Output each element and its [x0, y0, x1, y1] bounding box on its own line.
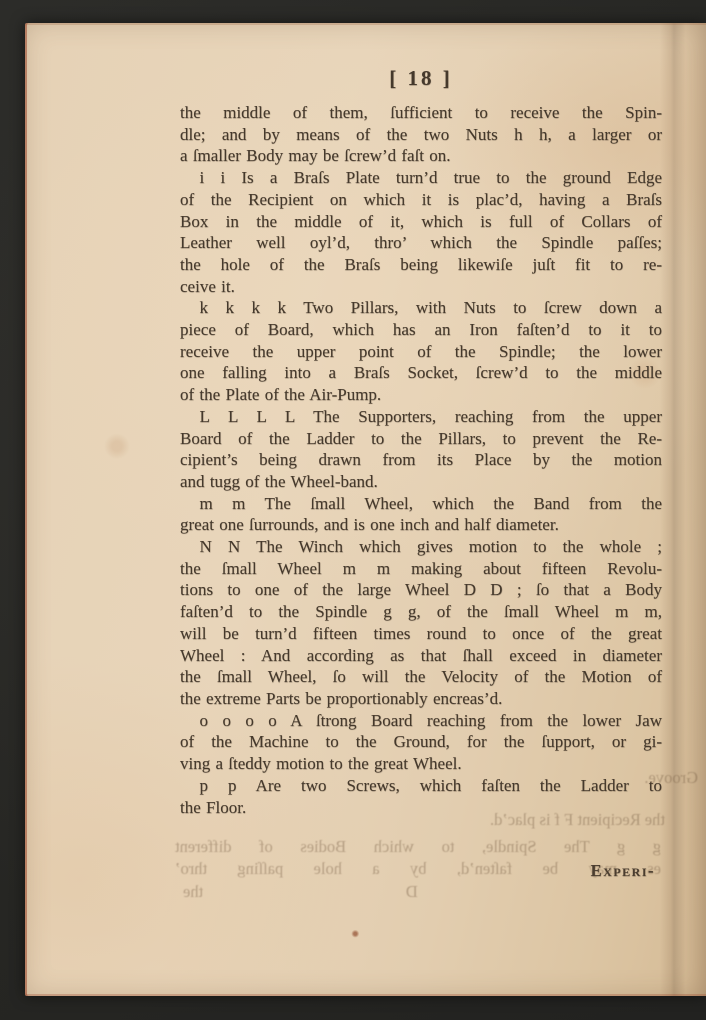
bleed-through-signature-row: Dthe [175, 881, 661, 903]
paragraph: o o o o A ſtrong Board reaching from the… [180, 710, 662, 775]
text-line: Box in the middle of it, which is full o… [180, 211, 662, 233]
text-line: o o o o A ſtrong Board reaching from the… [180, 710, 662, 732]
paragraph: i i Is a Braſs Plate turn’d true to the … [180, 167, 662, 297]
text-line: i i Is a Braſs Plate turn’d true to the … [180, 167, 662, 189]
text-line: tions to one of the large Wheel D D ; ſo… [180, 579, 662, 601]
bleed-through-text: g g The Spindle, to which Bodies of diff… [175, 836, 661, 903]
text-line: great one ſurrounds, and is one inch and… [180, 514, 662, 536]
text-line: of the Machine to the Ground, for the ſu… [180, 731, 662, 753]
text-line: dle; and by means of the two Nuts h h, a… [180, 124, 662, 146]
text-line: Wheel : And according as that ſhall exce… [180, 645, 662, 667]
text-line: k k k k Two Pillars, with Nuts to ſcrew … [180, 297, 662, 319]
text-line: one falling into a Braſs Socket, ſcrew’d… [180, 362, 662, 384]
text-line: faſten’d to the Spindle g g, of the ſmal… [180, 601, 662, 623]
text-line: p p Are two Screws, which faſten the Lad… [180, 775, 662, 797]
text-line: the middle of them, ſufficient to receiv… [180, 102, 662, 124]
text-line: piece of Board, which has an Iron faſten… [180, 319, 662, 341]
text-block: [ 18 ] the middle of them, ſufficient to… [180, 63, 662, 818]
signature-mark: D [406, 881, 418, 903]
text-line: the ſmall Wheel m m making about fifteen… [180, 558, 662, 580]
catchword: Experi- [591, 861, 655, 881]
text-line: will be turn’d fifteen times round to on… [180, 623, 662, 645]
bleed-through-line: es may be faſten’d, by a hole paſſing th… [175, 858, 661, 880]
page-number: [ 18 ] [180, 63, 662, 93]
text-line: a ſmaller Body may be ſcrew’d faſt on. [180, 145, 662, 167]
text-line: of the Plate of the Air-Pump. [180, 384, 662, 406]
text-line: the extreme Parts be proportionably encr… [180, 688, 662, 710]
text-line: of the Recipient on which it is plac’d, … [180, 189, 662, 211]
text-line: cipient’s being drawn from its Place by … [180, 449, 662, 471]
book-page: [ 18 ] the middle of them, ſufficient to… [25, 23, 706, 996]
bleed-through-word: the [183, 881, 203, 903]
paragraph: L L L L The Supporters, reaching from th… [180, 406, 662, 493]
text-line: the ſmall Wheel, ſo will the Velocity of… [180, 666, 662, 688]
text-line: m m The ſmall Wheel, which the Band from… [180, 493, 662, 515]
text-line: Leather well oyl’d, thro’ which the Spin… [180, 232, 662, 254]
text-line: the hole of the Braſs being likewiſe juſ… [180, 254, 662, 276]
paragraph: p p Are two Screws, which faſten the Lad… [180, 775, 662, 818]
paragraph: k k k k Two Pillars, with Nuts to ſcrew … [180, 297, 662, 406]
text-line: ceive it. [180, 276, 662, 298]
paragraph: the middle of them, ſufficient to receiv… [180, 102, 662, 167]
body-text: the middle of them, ſufficient to receiv… [180, 102, 662, 818]
text-line: receive the upper point of the Spindle; … [180, 341, 662, 363]
text-line: and tugg of the Wheel-band. [180, 471, 662, 493]
paragraph: m m The ſmall Wheel, which the Band from… [180, 493, 662, 536]
text-line: the Floor. [180, 797, 662, 819]
text-line: Board of the Ladder to the Pillars, to p… [180, 428, 662, 450]
text-line: N N The Winch which gives motion to the … [180, 536, 662, 558]
bleed-through-line: g g The Spindle, to which Bodies of diff… [175, 836, 661, 858]
text-line: ving a ſteddy motion to the great Wheel. [180, 753, 662, 775]
book-scan: [ 18 ] the middle of them, ſufficient to… [0, 0, 706, 1020]
paragraph: N N The Winch which gives motion to the … [180, 536, 662, 710]
text-line: L L L L The Supporters, reaching from th… [180, 406, 662, 428]
